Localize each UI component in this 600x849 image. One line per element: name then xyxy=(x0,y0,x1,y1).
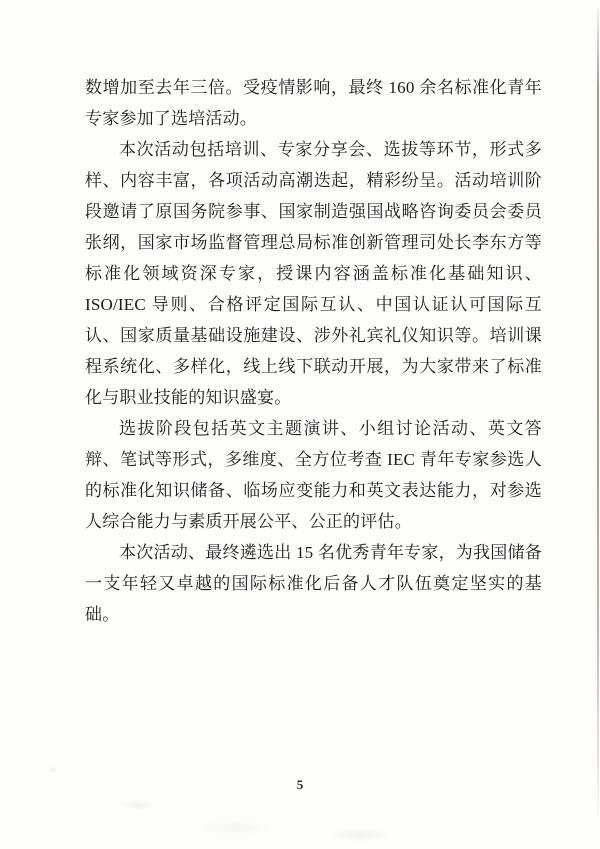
page-number: 5 xyxy=(0,777,600,793)
body-text: 数增加至去年三倍。受疫情影响，最终 160 余名标准化青年专家参加了选培活动。 … xyxy=(85,72,542,630)
scan-edge-artifact xyxy=(597,8,599,816)
scan-smudge xyxy=(330,828,390,842)
scan-smudge xyxy=(195,820,275,836)
paragraph: 本次活动包括培训、专家分享会、选拔等环节，形式多样、内容丰富，各项活动高潮迭起，… xyxy=(85,134,542,413)
document-page: 数增加至去年三倍。受疫情影响，最终 160 余名标准化青年专家参加了选培活动。 … xyxy=(0,0,600,849)
scan-smudge xyxy=(48,766,58,774)
scan-smudge xyxy=(120,800,156,810)
paragraph: 数增加至去年三倍。受疫情影响，最终 160 余名标准化青年专家参加了选培活动。 xyxy=(85,72,542,134)
paragraph: 本次活动、最终遴选出 15 名优秀青年专家，为我国储备一支年轻又卓越的国际标准化… xyxy=(85,537,542,630)
paragraph: 选拔阶段包括英文主题演讲、小组讨论活动、英文答辩、笔试等形式，多维度、全方位考查… xyxy=(85,413,542,537)
